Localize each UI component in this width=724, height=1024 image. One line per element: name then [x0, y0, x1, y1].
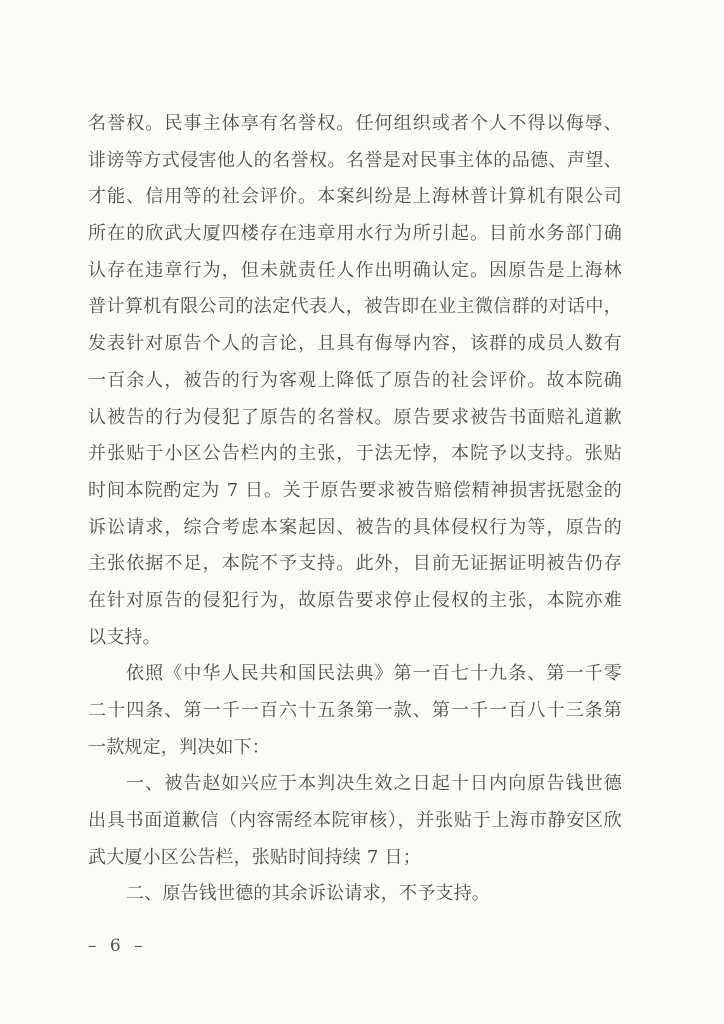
text-line: 二、原告钱世德的其余诉讼请求，不予支持。	[88, 876, 622, 913]
text-line: 在针对原告的侵犯行为，故原告要求停止侵权的主张，本院亦难	[88, 583, 622, 620]
text-line: 二十四条、第一千一百六十五条第一款、第一千一百八十三条第	[88, 693, 622, 730]
text-line: 一、被告赵如兴应于本判决生效之日起十日内向原告钱世德	[88, 766, 622, 803]
document-page: 名誉权。民事主体享有名誉权。任何组织或者个人不得以侮辱、诽谤等方式侵害他人的名誉…	[0, 0, 724, 1024]
text-line: 所在的欣武大厦四楼存在违章用水行为所引起。目前水务部门确	[88, 216, 622, 253]
text-line: 认存在违章行为，但未就责任人作出明确认定。因原告是上海林	[88, 253, 622, 290]
text-line: 才能、信用等的社会评价。本案纠纷是上海林普计算机有限公司	[88, 179, 622, 216]
page-number-label: – 6 –	[88, 936, 147, 956]
judgment-text: 名誉权。民事主体享有名誉权。任何组织或者个人不得以侮辱、诽谤等方式侵害他人的名誉…	[88, 106, 622, 913]
text-line: 以支持。	[88, 620, 622, 657]
text-line: 诽谤等方式侵害他人的名誉权。名誉是对民事主体的品德、声望、	[88, 143, 622, 180]
text-line: 名誉权。民事主体享有名誉权。任何组织或者个人不得以侮辱、	[88, 106, 622, 143]
text-line: 出具书面道歉信（内容需经本院审核），并张贴于上海市静安区欣	[88, 803, 622, 840]
text-line: 发表针对原告个人的言论，且具有侮辱内容，该群的成员人数有	[88, 326, 622, 363]
text-line: 认被告的行为侵犯了原告的名誉权。原告要求被告书面赔礼道歉	[88, 400, 622, 437]
text-line: 一款规定，判决如下：	[88, 730, 622, 767]
page-number: – 6 –	[88, 936, 147, 956]
text-line: 主张依据不足，本院不予支持。此外，目前无证据证明被告仍存	[88, 546, 622, 583]
text-line: 武大厦小区公告栏，张贴时间持续 7 日；	[88, 840, 622, 877]
text-line: 并张贴于小区公告栏内的主张，于法无悖，本院予以支持。张贴	[88, 436, 622, 473]
text-line: 一百余人，被告的行为客观上降低了原告的社会评价。故本院确	[88, 363, 622, 400]
text-line: 普计算机有限公司的法定代表人，被告即在业主微信群的对话中，	[88, 289, 622, 326]
text-line: 依照《中华人民共和国民法典》第一百七十九条、第一千零	[88, 656, 622, 693]
text-line: 时间本院酌定为 7 日。关于原告要求被告赔偿精神损害抚慰金的	[88, 473, 622, 510]
text-line: 诉讼请求，综合考虑本案起因、被告的具体侵权行为等，原告的	[88, 510, 622, 547]
